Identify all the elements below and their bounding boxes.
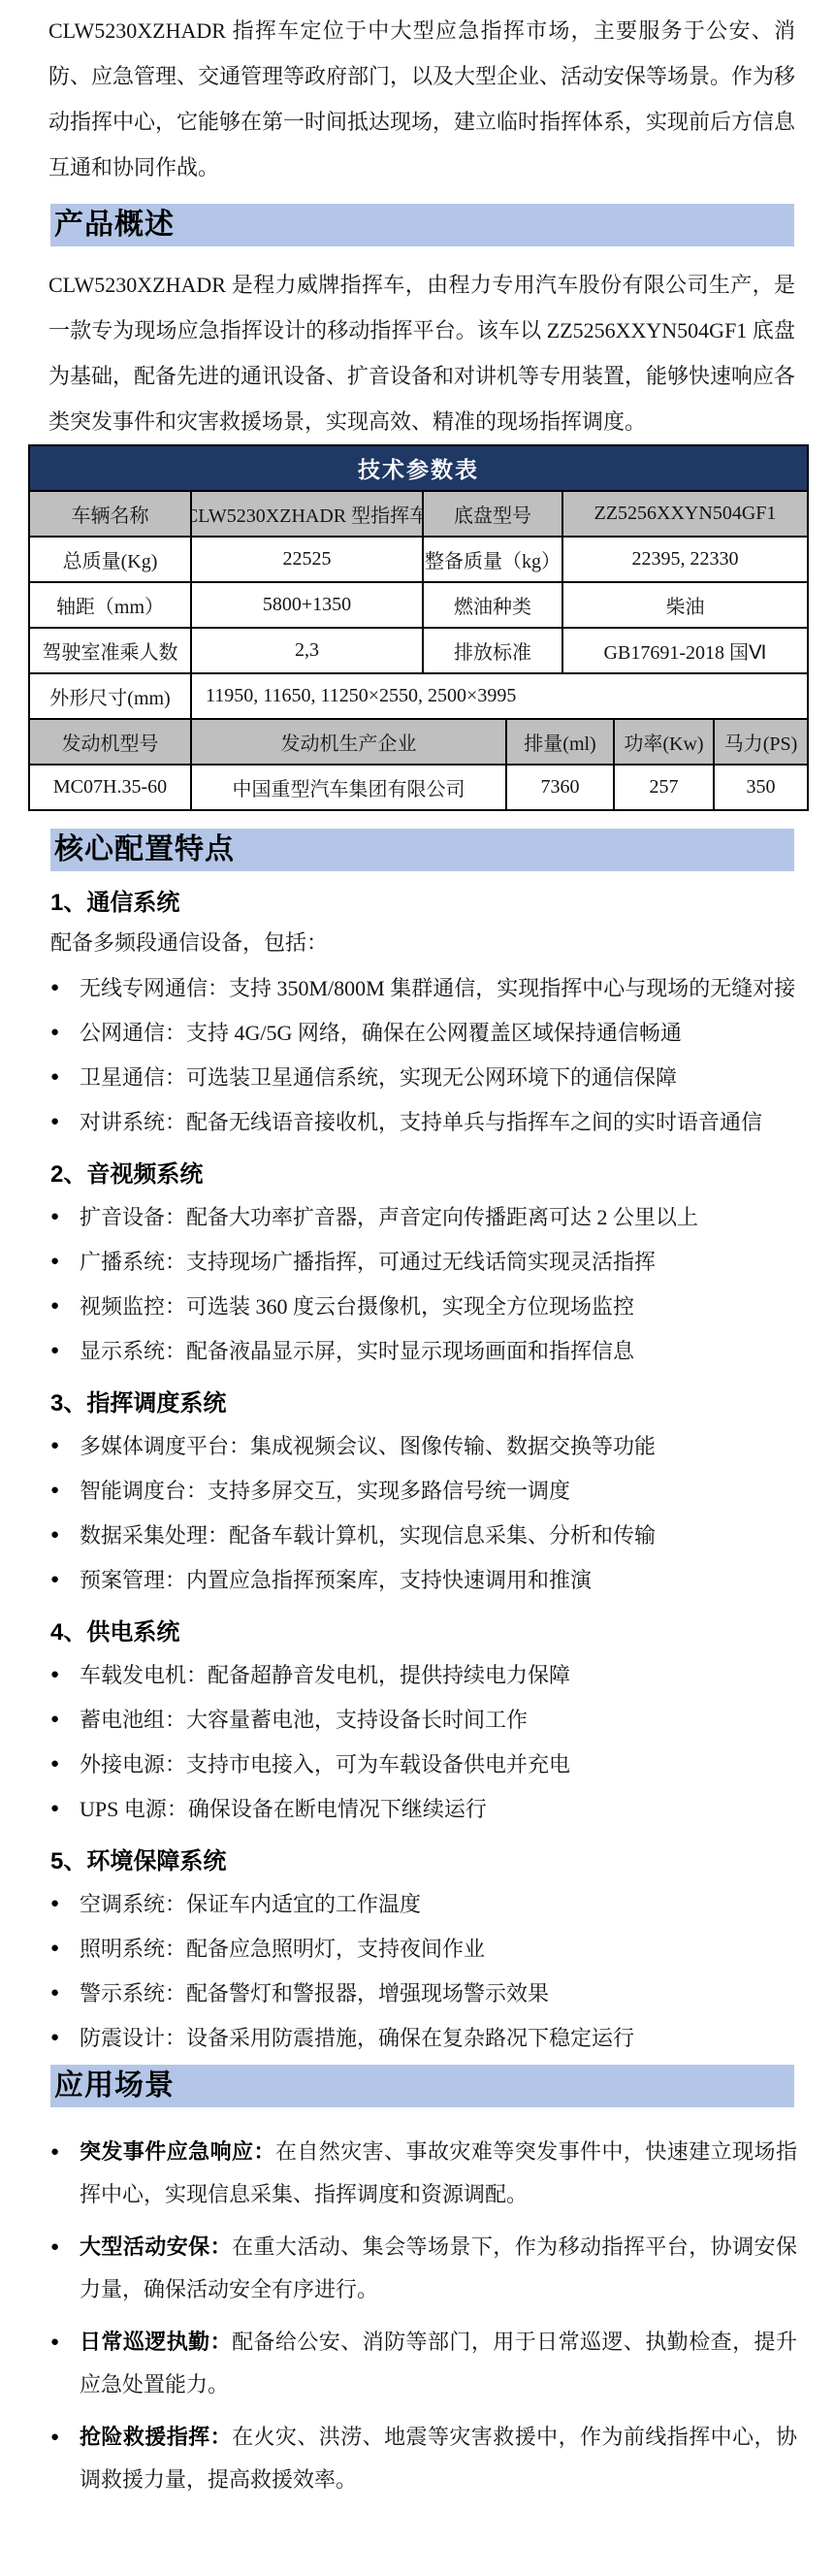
application-lead: 抢险救援指挥： (80, 2425, 232, 2449)
bullet-icon: ● (50, 1928, 72, 1970)
subsection-heading-environment: 5、环境保障系统 (50, 1843, 795, 1880)
spec-value-cell: 22525 (192, 538, 424, 583)
bullet-text: 防震设计：设备采用防震措施，确保在复杂路况下稳定运行 (80, 2026, 634, 2050)
bullet-text: 照明系统：配备应急照明灯，支持夜间作业 (80, 1937, 485, 1961)
table-row: 外形尺寸(mm) 11950, 11650, 11250×2550, 2500×… (30, 674, 809, 720)
bullet-text: 智能调度台：支持多屏交互，实现多路信号统一调度 (80, 1479, 570, 1503)
application-lead: 大型活动安保： (80, 2234, 232, 2259)
document-page: CLW5230XZHADR 指挥车定位于中大型应急指挥市场，主要服务于公安、消防… (0, 8, 834, 2501)
bullet-text: 空调系统：保证车内适宜的工作温度 (80, 1892, 421, 1916)
spec-header-cell: 发动机型号 (30, 720, 192, 766)
spec-label-cell: 总质量(Kg) (30, 538, 192, 583)
spec-header-cell: 排量(ml) (507, 720, 615, 766)
intro-paragraph: CLW5230XZHADR 指挥车定位于中大型应急指挥市场，主要服务于公安、消防… (48, 8, 795, 190)
section-header-core-features: 核心配置特点 (50, 829, 794, 871)
spec-value-cell: GB17691-2018 国Ⅵ (563, 629, 809, 674)
table-row: 发动机型号 发动机生产企业 排量(ml) 功率(Kw) 马力(PS) (30, 720, 809, 766)
bullet-text: 无线专网通信：支持 350M/800M 集群通信，实现指挥中心与现场的无缝对接 (80, 976, 795, 1000)
table-row: MC07H.35-60 中国重型汽车集团有限公司 7360 257 350 (30, 766, 809, 811)
spec-value-cell: 柴油 (563, 583, 809, 629)
subsection-heading-audio-video: 2、音视频系统 (50, 1157, 795, 1193)
feature-bullet: ● 照明系统：配备应急照明灯，支持夜间作业 (50, 1928, 797, 1970)
feature-bullet: ● 广播系统：支持现场广播指挥，可通过无线话筒实现灵活指挥 (50, 1241, 797, 1283)
spec-value-cell: ZZ5256XXYN504GF1 (563, 492, 809, 538)
bullet-icon: ● (50, 967, 72, 1009)
feature-bullet: ● 显示系统：配备液晶显示屏，实时显示现场画面和指挥信息 (50, 1330, 797, 1372)
bullet-icon: ● (50, 1515, 72, 1556)
spec-label-cell: 车辆名称 (30, 492, 192, 538)
subsection-heading-dispatch: 3、指挥调度系统 (50, 1386, 795, 1422)
spec-header-cell: 发动机生产企业 (192, 720, 507, 766)
spec-label-cell: 燃油种类 (424, 583, 563, 629)
bullet-icon: ● (50, 1470, 72, 1512)
application-bullet: ● 大型活动安保：在重大活动、集会等场景下，作为移动指挥平台，协调安保力量，确保… (50, 2226, 797, 2311)
bullet-icon: ● (50, 2416, 72, 2459)
spec-table-title-row: 技术参数表 (30, 446, 809, 492)
feature-bullet: ● 蓄电池组：大容量蓄电池，支持设备长时间工作 (50, 1699, 797, 1741)
spec-label-cell: 整备质量（kg） (424, 538, 563, 583)
section-header-overview: 产品概述 (50, 204, 794, 246)
bullet-text: 蓄电池组：大容量蓄电池，支持设备长时间工作 (80, 1708, 528, 1732)
feature-bullet: ● 警示系统：配备警灯和警报器，增强现场警示效果 (50, 1973, 797, 2014)
bullet-icon: ● (50, 1699, 72, 1741)
feature-bullet: ● 智能调度台：支持多屏交互，实现多路信号统一调度 (50, 1470, 797, 1512)
section-header-applications: 应用场景 (50, 2065, 794, 2107)
spec-value-cell: 257 (615, 766, 715, 811)
spec-header-cell: 马力(PS) (715, 720, 809, 766)
bullet-text: 卫星通信：可选装卫星通信系统，实现无公网环境下的通信保障 (80, 1065, 677, 1090)
feature-bullet: ● 扩音设备：配备大功率扩音器，声音定向传播距离可达 2 公里以上 (50, 1196, 797, 1238)
bullet-icon: ● (50, 1973, 72, 2014)
bullet-icon: ● (50, 1883, 72, 1925)
subsection-heading-communication: 1、通信系统 (50, 885, 795, 922)
table-row: 驾驶室准乘人数 2,3 排放标准 GB17691-2018 国Ⅵ (30, 629, 809, 674)
bullet-icon: ● (50, 1654, 72, 1696)
bullet-icon: ● (50, 2017, 72, 2059)
bullet-icon: ● (50, 2321, 72, 2364)
bullet-icon: ● (50, 2226, 72, 2268)
spec-value-cell: 350 (715, 766, 809, 811)
spec-value-cell: 中国重型汽车集团有限公司 (192, 766, 507, 811)
feature-bullet: ● 车载发电机：配备超静音发电机，提供持续电力保障 (50, 1654, 797, 1696)
bullet-text: 扩音设备：配备大功率扩音器，声音定向传播距离可达 2 公里以上 (80, 1205, 698, 1229)
feature-bullet: ● 防震设计：设备采用防震措施，确保在复杂路况下稳定运行 (50, 2017, 797, 2059)
bullet-icon: ● (50, 1286, 72, 1327)
feature-bullet: ● UPS 电源：确保设备在断电情况下继续运行 (50, 1788, 797, 1830)
table-row: 轴距（mm） 5800+1350 燃油种类 柴油 (30, 583, 809, 629)
spec-value-cell: 7360 (507, 766, 615, 811)
feature-bullet: ● 无线专网通信：支持 350M/800M 集群通信，实现指挥中心与现场的无缝对… (50, 967, 797, 1009)
table-row: 车辆名称 CLW5230XZHADR 型指挥车 底盘型号 ZZ5256XXYN5… (30, 492, 809, 538)
bullet-text: 警示系统：配备警灯和警报器，增强现场警示效果 (80, 1981, 549, 2005)
bullet-icon: ● (50, 1241, 72, 1283)
bullet-text: 广播系统：支持现场广播指挥，可通过无线话筒实现灵活指挥 (80, 1250, 656, 1274)
bullet-icon: ● (50, 1057, 72, 1098)
spec-label-cell: 驾驶室准乘人数 (30, 629, 192, 674)
spec-table: 技术参数表 车辆名称 CLW5230XZHADR 型指挥车 底盘型号 ZZ525… (28, 444, 809, 811)
bullet-icon: ● (50, 2131, 72, 2173)
spec-value-cell: 22395, 22330 (563, 538, 809, 583)
feature-bullet: ● 视频监控：可选装 360 度云台摄像机，实现全方位现场监控 (50, 1286, 797, 1327)
bullet-text: 预案管理：内置应急指挥预案库，支持快速调用和推演 (80, 1568, 592, 1592)
bullet-text: 公网通信：支持 4G/5G 网络，确保在公网覆盖区域保持通信畅通 (80, 1021, 682, 1045)
spec-label-cell: 轴距（mm） (30, 583, 192, 629)
bullet-text: 对讲系统：配备无线语音接收机，支持单兵与指挥车之间的实时语音通信 (80, 1110, 762, 1134)
bullet-text: 显示系统：配备液晶显示屏，实时显示现场画面和指挥信息 (80, 1339, 634, 1363)
subsection-heading-power: 4、供电系统 (50, 1614, 795, 1651)
feature-bullet: ● 预案管理：内置应急指挥预案库，支持快速调用和推演 (50, 1559, 797, 1601)
spec-label-cell: 底盘型号 (424, 492, 563, 538)
bullet-icon: ● (50, 1330, 72, 1372)
bullet-icon: ● (50, 1744, 72, 1785)
bullet-text: 数据采集处理：配备车载计算机，实现信息采集、分析和传输 (80, 1523, 656, 1548)
spec-value-cell: CLW5230XZHADR 型指挥车 (192, 492, 424, 538)
spec-value-cell: 5800+1350 (192, 583, 424, 629)
bullet-text: 外接电源：支持市电接入，可为车载设备供电并充电 (80, 1752, 570, 1777)
bullet-text: 多媒体调度平台：集成视频会议、图像传输、数据交换等功能 (80, 1434, 656, 1458)
feature-bullet: ● 数据采集处理：配备车载计算机，实现信息采集、分析和传输 (50, 1515, 797, 1556)
spec-table-title: 技术参数表 (30, 446, 809, 492)
application-lead: 日常巡逻执勤： (80, 2330, 232, 2354)
feature-bullet: ● 多媒体调度平台：集成视频会议、图像传输、数据交换等功能 (50, 1425, 797, 1467)
feature-bullet: ● 对讲系统：配备无线语音接收机，支持单兵与指挥车之间的实时语音通信 (50, 1101, 797, 1143)
table-row: 总质量(Kg) 22525 整备质量（kg） 22395, 22330 (30, 538, 809, 583)
bullet-text: 视频监控：可选装 360 度云台摄像机，实现全方位现场监控 (80, 1294, 634, 1319)
application-lead: 突发事件应急响应： (80, 2139, 275, 2164)
application-bullet: ● 日常巡逻执勤：配备给公安、消防等部门，用于日常巡逻、执勤检查，提升应急处置能… (50, 2321, 797, 2406)
spec-label-cell: 排放标准 (424, 629, 563, 674)
bullet-icon: ● (50, 1196, 72, 1238)
feature-bullet: ● 外接电源：支持市电接入，可为车载设备供电并充电 (50, 1744, 797, 1785)
bullet-text: UPS 电源：确保设备在断电情况下继续运行 (80, 1797, 487, 1821)
feature-bullet: ● 公网通信：支持 4G/5G 网络，确保在公网覆盖区域保持通信畅通 (50, 1012, 797, 1054)
overview-paragraph: CLW5230XZHADR 是程力威牌指挥车，由程力专用汽车股份有限公司生产，是… (48, 262, 795, 444)
bullet-icon: ● (50, 1012, 72, 1054)
application-bullet: ● 突发事件应急响应：在自然灾害、事故灾难等突发事件中，快速建立现场指挥中心，实… (50, 2131, 797, 2216)
bullet-icon: ● (50, 1101, 72, 1143)
spec-header-cell: 功率(Kw) (615, 720, 715, 766)
bullet-text: 车载发电机：配备超静音发电机，提供持续电力保障 (80, 1663, 570, 1687)
feature-bullet: ● 空调系统：保证车内适宜的工作温度 (50, 1883, 797, 1925)
feature-bullet: ● 卫星通信：可选装卫星通信系统，实现无公网环境下的通信保障 (50, 1057, 797, 1098)
bullet-icon: ● (50, 1425, 72, 1467)
spec-value-cell: 2,3 (192, 629, 424, 674)
spec-value-cell: MC07H.35-60 (30, 766, 192, 811)
bullet-icon: ● (50, 1559, 72, 1601)
bullet-icon: ● (50, 1788, 72, 1830)
application-bullet: ● 抢险救援指挥：在火灾、洪涝、地震等灾害救援中，作为前线指挥中心，协调救援力量… (50, 2416, 797, 2501)
spec-value-cell: 11950, 11650, 11250×2550, 2500×3995 (192, 674, 809, 720)
subsection-intro: 配备多频段通信设备，包括： (50, 922, 795, 964)
spec-label-cell: 外形尺寸(mm) (30, 674, 192, 720)
